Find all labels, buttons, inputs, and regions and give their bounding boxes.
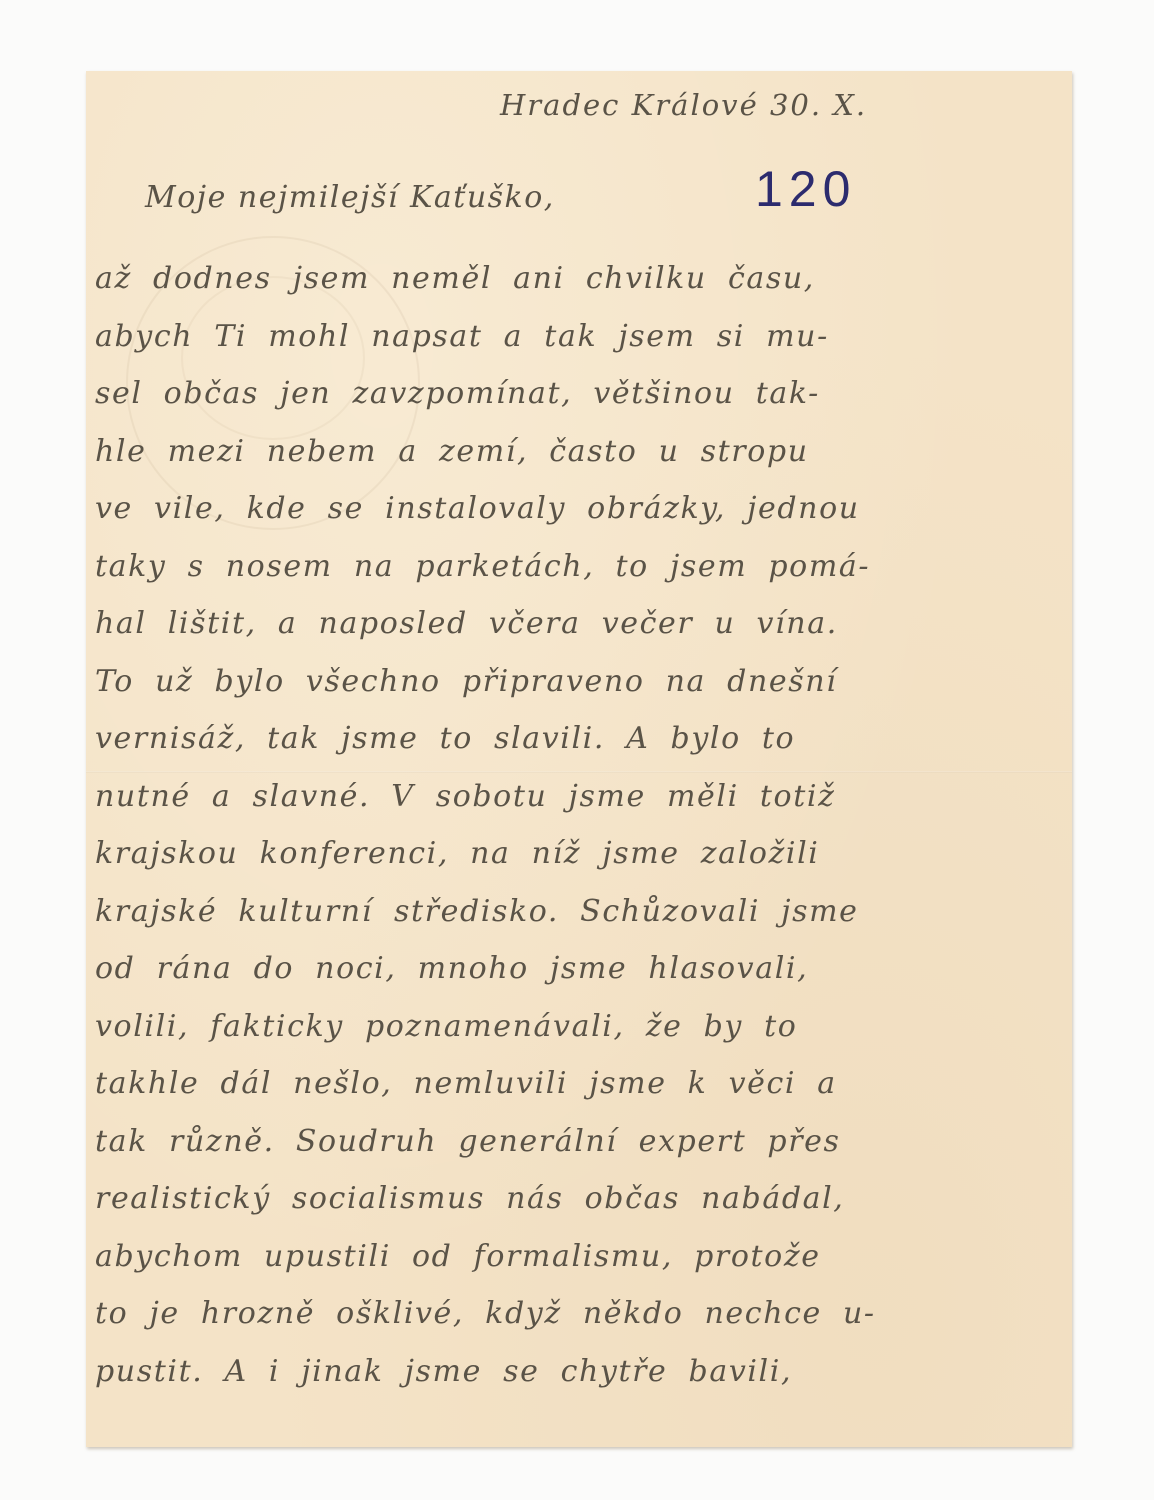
letter-body: až dodnes jsem neměl ani chvilku času, a… [95, 250, 995, 1400]
letter-line: volili, fakticky poznamenávali, že by to [95, 998, 995, 1056]
letter-line: krajské kulturní středisko. Schůzovali j… [95, 883, 995, 941]
letter-line: To už bylo všechno připraveno na dnešní [95, 653, 995, 711]
letter-line: taky s nosem na parketách, to jsem pomá- [95, 538, 995, 596]
letter-line: pustit. A i jinak jsme se chytře bavili, [95, 1343, 995, 1401]
archive-number: 120 [755, 160, 856, 218]
letter-line: abychom upustili od formalismu, protože [95, 1228, 995, 1286]
letter-line: hle mezi nebem a zemí, často u stropu [95, 423, 995, 481]
letter-line: od rána do noci, mnoho jsme hlasovali, [95, 940, 995, 998]
letter-line: tak různě. Soudruh generální expert přes [95, 1113, 995, 1171]
letter-line: až dodnes jsem neměl ani chvilku času, [95, 250, 995, 308]
letter-line: to je hrozně ošklivé, když někdo nechce … [95, 1285, 995, 1343]
letter-line: vernisáž, tak jsme to slavili. A bylo to [95, 710, 995, 768]
letter-line: realistický socialismus nás občas nabáda… [95, 1170, 995, 1228]
letter-line: takhle dál nešlo, nemluvili jsme k věci … [95, 1055, 995, 1113]
letter-line: hal lištit, a naposled včera večer u vín… [95, 595, 995, 653]
letter-line: sel občas jen zavzpomínat, většinou tak- [95, 365, 995, 423]
letter-line: krajskou konferenci, na níž jsme založil… [95, 825, 995, 883]
place-date: Hradec Králové 30. X. [500, 88, 867, 122]
letter-line: abych Ti mohl napsat a tak jsem si mu- [95, 308, 995, 366]
letter-line: nutné a slavné. V sobotu jsme měli totiž [95, 768, 995, 826]
letter-line: ve vile, kde se instalovaly obrázky, jed… [95, 480, 995, 538]
salutation: Moje nejmilejší Kaťuško, [145, 180, 555, 215]
